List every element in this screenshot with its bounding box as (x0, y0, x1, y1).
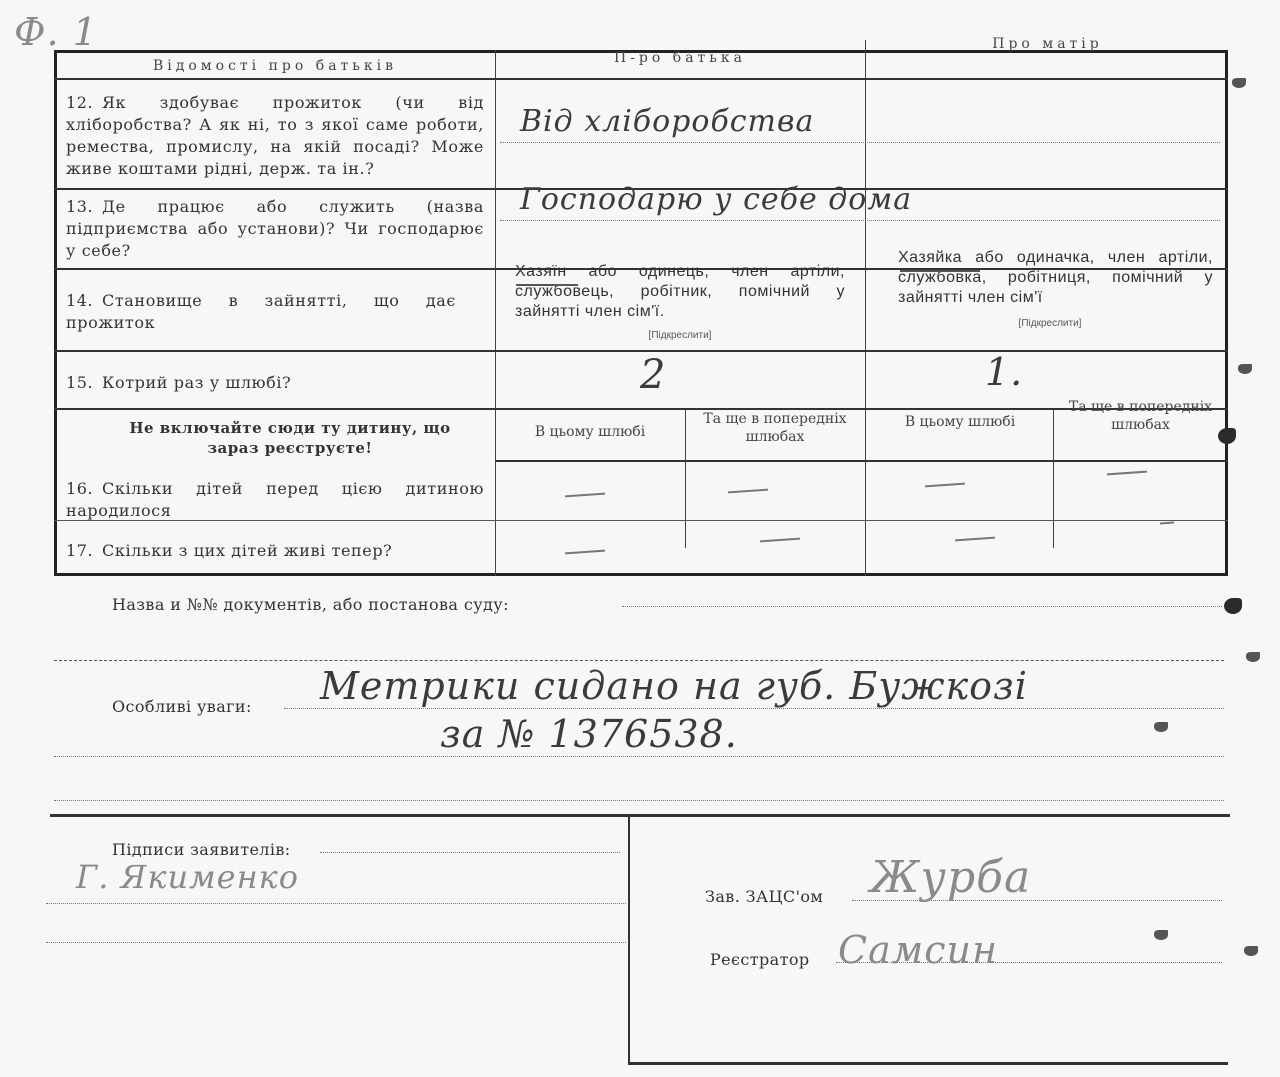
head-zags-label: Зав. ЗАЦС'ом (705, 887, 823, 906)
remarks-line-3 (54, 800, 1224, 801)
archive-corner-mark: Ф. 1 (14, 10, 98, 54)
question-13: 13.Де працює або служить (назва підприєм… (66, 196, 484, 262)
subheader-mother-prev: Та ще в попередніх шлюбах (1058, 398, 1223, 434)
question-14: 14.Становище в зайнятті, що дає прожиток (66, 290, 456, 334)
col-divider-questions (495, 50, 496, 576)
applicant-signature: Г. Якименко (76, 858, 299, 896)
answer-15-mother: 1. (985, 350, 1023, 394)
binding-hole-icon (1232, 78, 1246, 88)
hint-14-father: [Підкреслити] (620, 330, 740, 341)
answer-15-father: 2 (640, 352, 666, 398)
question-17: 17.Скільки з цих дітей живі тепер? (66, 540, 484, 562)
row-15-rule (54, 408, 1228, 410)
remarks-text-1: Метрики сидано на губ. Бужкозі (320, 664, 1028, 708)
documents-label: Назва и №№ документів, або постанова суд… (112, 595, 509, 614)
remarks-line-1 (284, 708, 1224, 709)
note-exclude-child: Не включайте сюди ту дитину, що зараз ре… (110, 418, 470, 458)
header-mother: Про матір (870, 36, 1225, 52)
binding-hole-icon (1246, 652, 1260, 662)
subheader-rule (495, 460, 1228, 462)
question-15: 15.Котрий раз у шлюбі? (66, 372, 484, 394)
remarks-line-2 (54, 756, 1224, 757)
answer-12-father: Від хліборобства (520, 104, 814, 139)
question-12: 12.Як здобуває прожиток (чи від хлібороб… (66, 92, 484, 180)
underline-father-choice (516, 284, 578, 286)
header-father: П-ро батька (500, 50, 860, 66)
signature-divider (628, 814, 630, 1064)
hint-14-mother: [Підкреслити] (990, 318, 1110, 329)
col-divider-father-sub (685, 408, 686, 548)
binding-hole-icon (1238, 364, 1252, 374)
head-zags-signature: Журба (870, 852, 1031, 903)
applicants-line-1 (320, 852, 620, 853)
remarks-label: Особливі уваги: (112, 697, 252, 716)
question-16: 16.Скільки дітей перед цією дитиною наро… (66, 478, 484, 522)
col-divider-father-mother (865, 40, 866, 576)
options-14-father: Хазяїн або одинець, член артіли, службов… (515, 262, 845, 322)
registrar-signature: Самсин (838, 928, 998, 972)
binding-hole-icon (1244, 946, 1258, 956)
binding-hole-icon (1154, 722, 1168, 732)
header-questions: Відомості про батьків (60, 58, 490, 74)
subheader-mother-this: В цьому шлюбі (870, 413, 1050, 431)
documents-line (622, 606, 1222, 607)
applicants-line-2 (46, 903, 626, 904)
subheader-father-prev: Та ще в попередніх шлюбах (690, 410, 860, 446)
signature-block-rule (50, 814, 1230, 817)
remarks-text-2: за № 1376538. (440, 712, 738, 756)
answer-13-father: Господарю у себе дома (520, 182, 912, 217)
header-rule (54, 78, 1228, 80)
col-divider-mother-sub (1053, 408, 1054, 548)
registrar-label: Реєстратор (710, 950, 810, 969)
binding-hole-icon (1154, 930, 1168, 940)
binding-hole-icon (1224, 598, 1242, 614)
options-14-mother: Хазяйка або одиначка, член артіли, служб… (898, 248, 1213, 308)
signature-bottom-rule (628, 1062, 1228, 1065)
answer-12-line (500, 142, 1220, 143)
underline-mother-choice (900, 270, 980, 272)
applicants-label: Підписи заявителів: (112, 840, 291, 859)
applicants-line-3 (46, 942, 626, 943)
binding-hole-icon (1218, 428, 1236, 444)
documents-line-2 (54, 660, 1224, 661)
answer-13-line (500, 220, 1220, 221)
subheader-father-this: В цьому шлюбі (500, 423, 680, 441)
